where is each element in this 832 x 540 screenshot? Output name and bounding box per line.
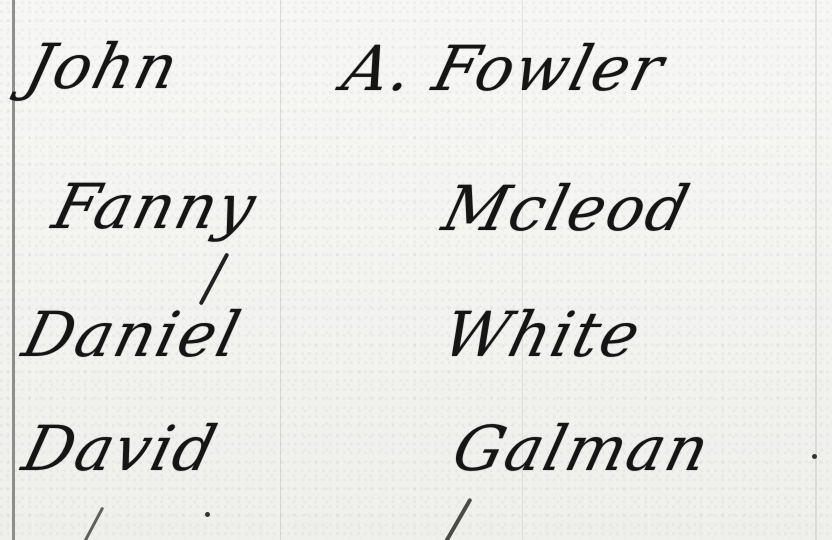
ink-stroke — [83, 507, 104, 540]
surname: Galman — [446, 412, 718, 485]
surname: Mcleod — [436, 172, 698, 245]
given-name: Daniel — [16, 298, 249, 371]
given-name: Fanny — [46, 170, 265, 243]
document-page: John A. Fowler Fanny Mcleod Daniel White… — [0, 0, 832, 540]
entry-row: Fanny Mcleod — [0, 140, 832, 260]
entry-row: John A. Fowler — [0, 10, 832, 130]
given-name: John — [19, 30, 187, 103]
ink-dot — [205, 512, 210, 517]
entry-row: Daniel White — [0, 270, 832, 390]
surname: A. Fowler — [336, 32, 673, 105]
ink-dot — [812, 454, 817, 459]
given-name: David — [16, 412, 225, 485]
surname: White — [436, 298, 649, 371]
entry-row: David Galman — [0, 390, 832, 510]
